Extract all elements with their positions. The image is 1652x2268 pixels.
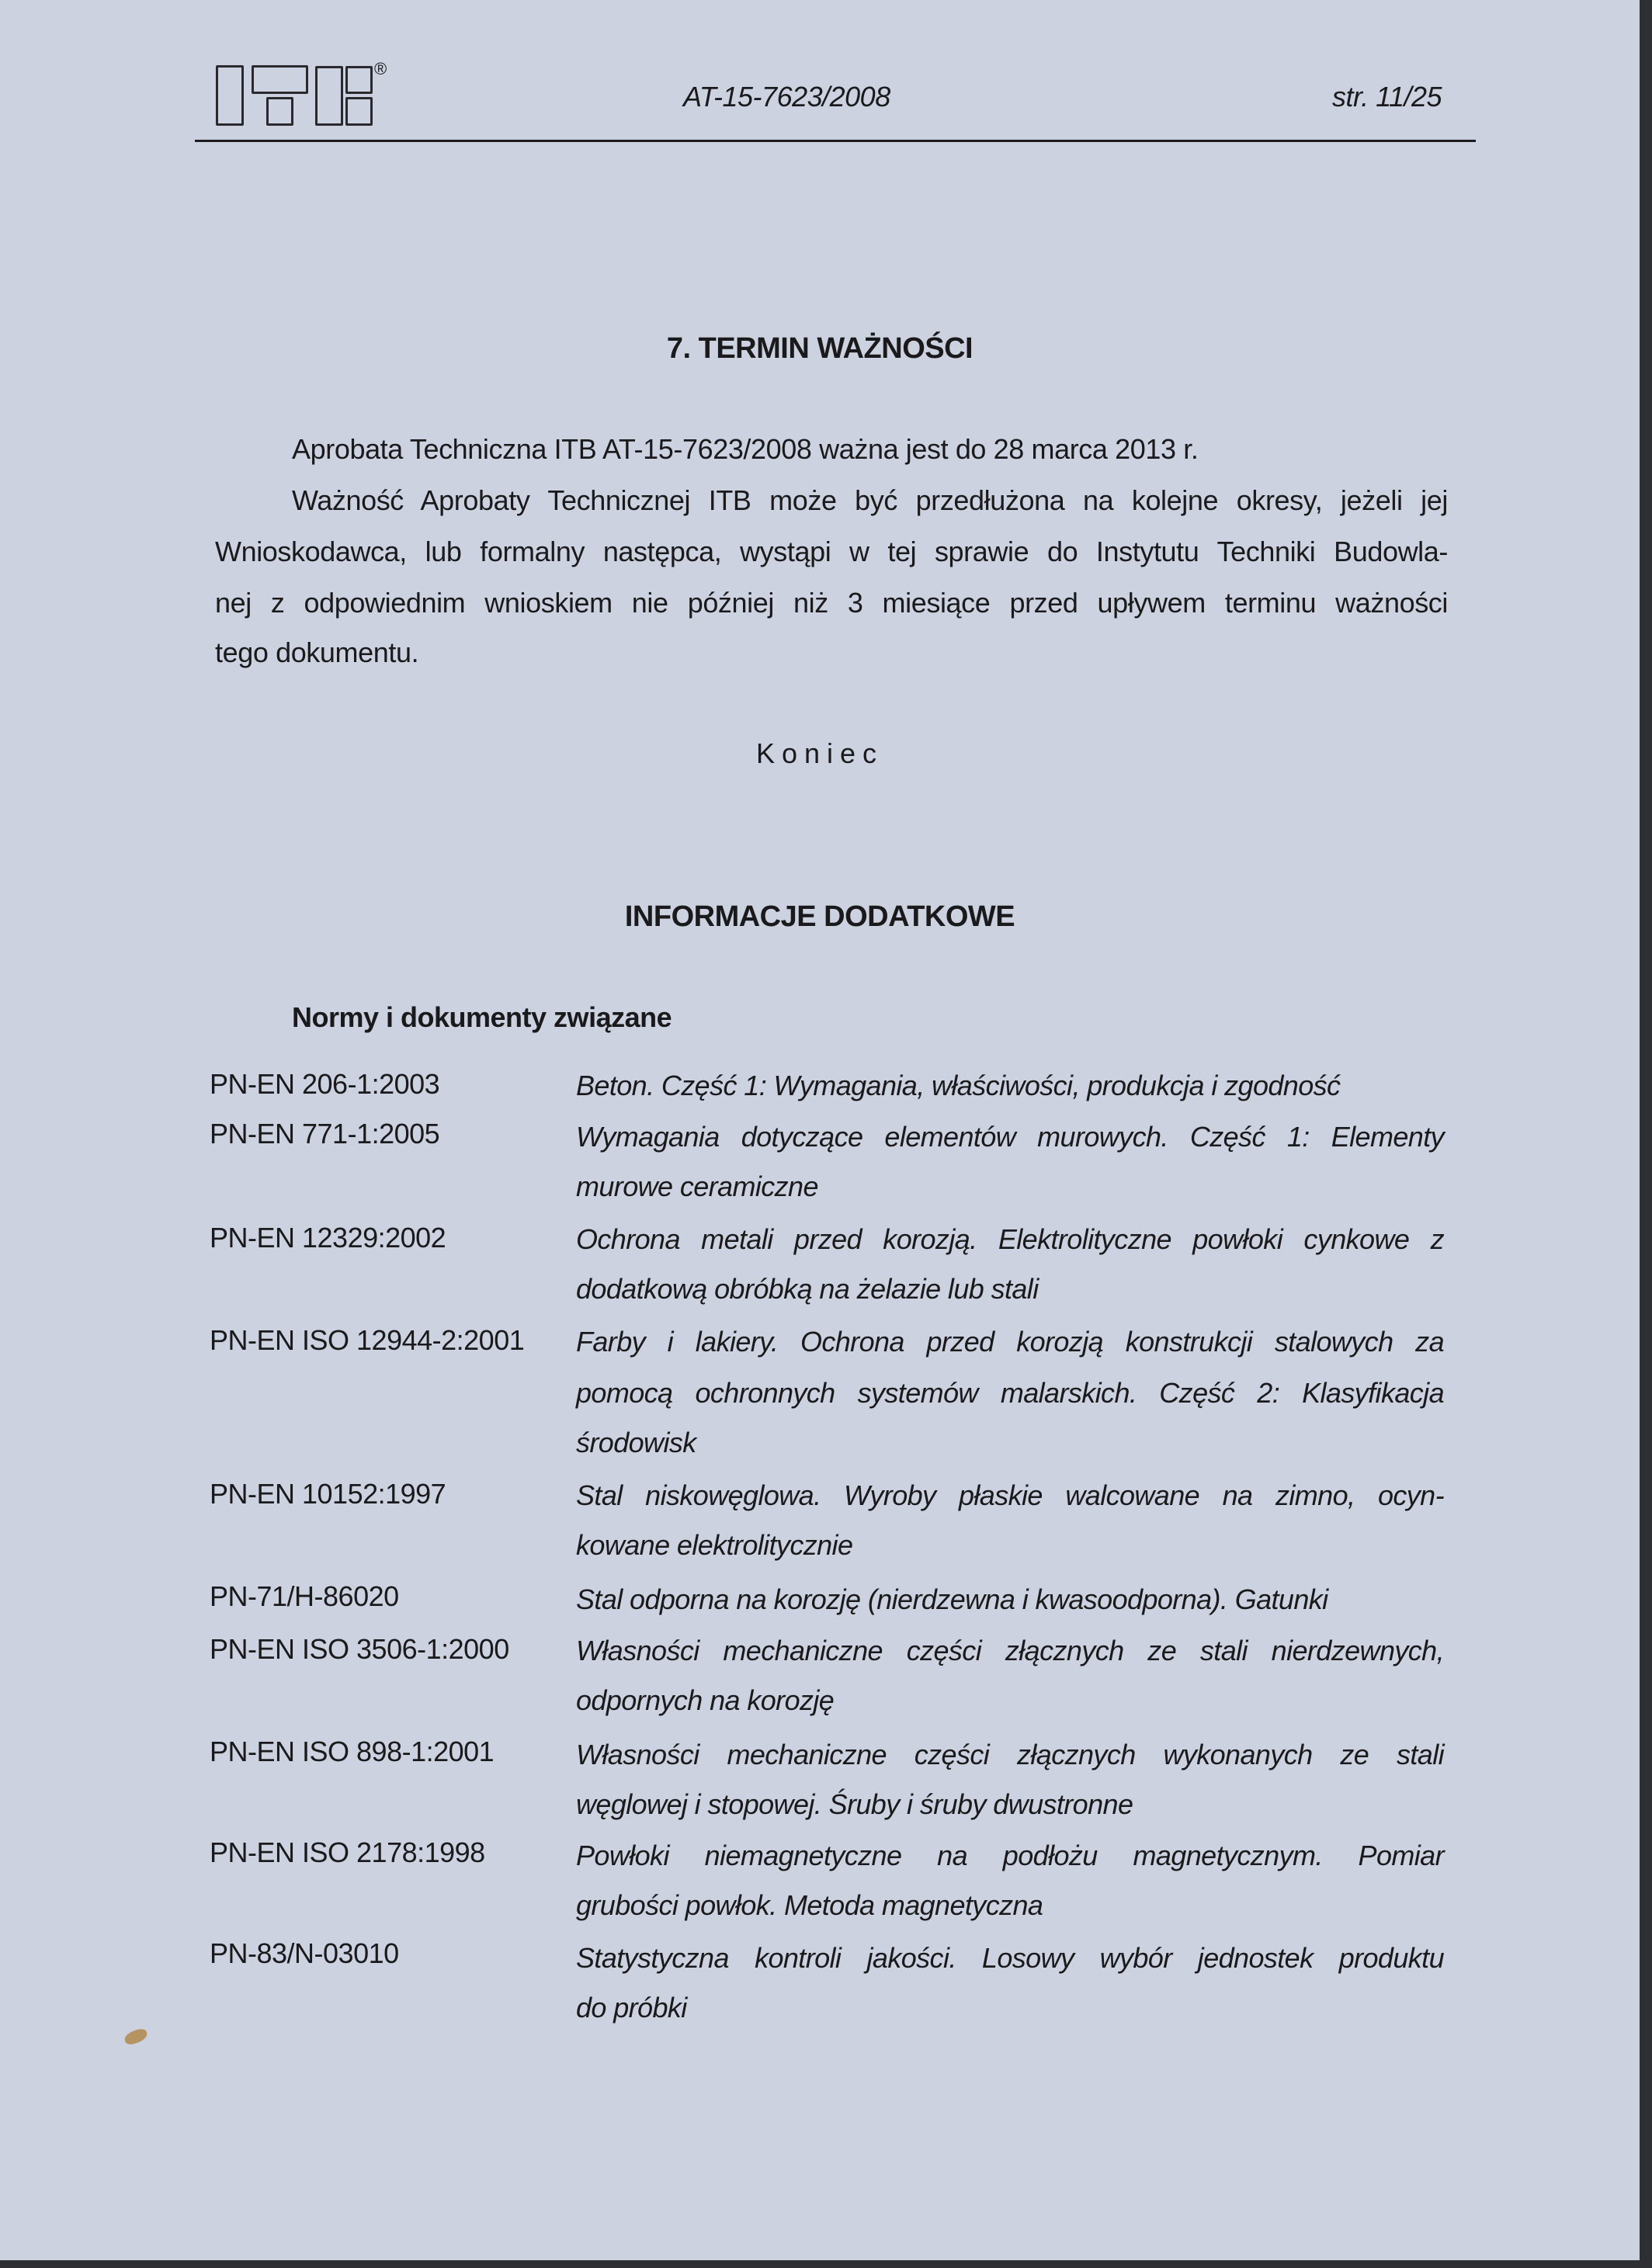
norm-description: Stal odporna na korozję (nierdzewna i kw…: [576, 1583, 1328, 1616]
norm-code: PN-EN ISO 3506-1:2000: [210, 1633, 509, 1666]
norm-description: odpornych na korozję: [576, 1684, 834, 1717]
norm-description: murowe ceramiczne: [576, 1170, 818, 1203]
norm-description: Powłoki niemagnetyczne na podłożu magnet…: [576, 1840, 1444, 1872]
norm-description: Własności mechaniczne części złącznych z…: [576, 1635, 1444, 1667]
norm-description: Beton. Część 1: Wymagania, właściwości, …: [576, 1070, 1340, 1102]
norm-description: Statystyczna kontroli jakości. Losowy wy…: [576, 1942, 1444, 1975]
norm-code: PN-EN 12329:2002: [210, 1222, 446, 1254]
extension-paragraph-line: tego dokumentu.: [215, 636, 418, 669]
norm-code: PN-EN ISO 898-1:2001: [210, 1736, 494, 1768]
extension-paragraph-line: Ważność Aprobaty Technicznej ITB może by…: [292, 484, 1448, 517]
document-id: AT-15-7623/2008: [683, 81, 890, 113]
extension-paragraph-line: nej z odpowiednim wnioskiem nie później …: [215, 587, 1448, 619]
norm-description: Wymagania dotyczące elementów murowych. …: [576, 1121, 1444, 1153]
norm-description: Ochrona metali przed korozją. Elektrolit…: [576, 1223, 1444, 1256]
norm-code: PN-EN 206-1:2003: [210, 1068, 439, 1101]
norm-code: PN-71/H-86020: [210, 1580, 399, 1613]
norm-code: PN-EN ISO 12944-2:2001: [210, 1324, 524, 1357]
registered-mark: ®: [374, 59, 387, 79]
norm-code: PN-EN 10152:1997: [210, 1478, 446, 1510]
document-page: ® AT-15-7623/2008 str. 11/25 7. TERMIN W…: [0, 0, 1640, 2260]
end-marker: Koniec: [0, 737, 1640, 770]
norm-description: Farby i lakiery. Ochrona przed korozją k…: [576, 1326, 1444, 1358]
norm-description: pomocą ochronnych systemów malarskich. C…: [576, 1377, 1444, 1410]
norm-code: PN-EN 771-1:2005: [210, 1118, 439, 1150]
norm-code: PN-83/N-03010: [210, 1937, 399, 1970]
validity-paragraph: Aprobata Techniczna ITB AT-15-7623/2008 …: [292, 433, 1198, 466]
norm-description: Stal niskowęglowa. Wyroby płaskie walcow…: [576, 1479, 1444, 1512]
additional-info-title: INFORMACJE DODATKOWE: [0, 900, 1640, 934]
itb-logo: [216, 65, 394, 126]
extension-paragraph-line: Wnioskodawca, lub formalny następca, wys…: [215, 536, 1448, 568]
norm-description: do próbki: [576, 1992, 687, 2024]
norms-subtitle: Normy i dokumenty związane: [292, 1001, 672, 1034]
paper-stain-mark: [123, 2027, 149, 2046]
norm-description: węglowej i stopowej. Śruby i śruby dwust…: [576, 1788, 1133, 1821]
norm-description: Własności mechaniczne części złącznych w…: [576, 1739, 1444, 1771]
norm-description: kowane elektrolitycznie: [576, 1529, 852, 1562]
norm-description: grubości powłok. Metoda magnetyczna: [576, 1889, 1043, 1922]
norm-description: dodatkową obróbką na żelazie lub stali: [576, 1273, 1039, 1306]
section-title: 7. TERMIN WAŻNOŚCI: [0, 332, 1640, 366]
header-divider: [195, 140, 1476, 142]
page-number: str. 11/25: [1332, 81, 1442, 113]
norm-description: środowisk: [576, 1427, 696, 1459]
norm-code: PN-EN ISO 2178:1998: [210, 1836, 485, 1869]
